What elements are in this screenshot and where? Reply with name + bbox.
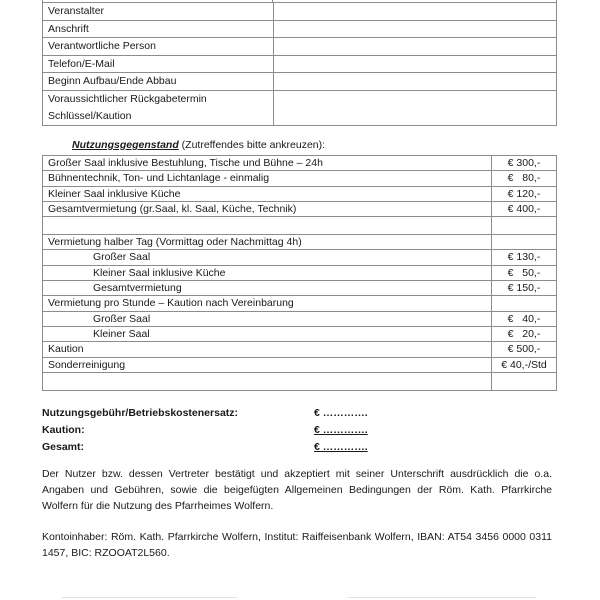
usage-item-label: Sonderreinigung (43, 357, 492, 372)
deposit-amount-field[interactable]: € …………. (314, 422, 368, 439)
usage-heading-bold: Nutzungsgegenstand (72, 139, 179, 151)
fee-row-total: Gesamt: € …………. (42, 439, 382, 456)
row-label-line1: Voraussichtlicher Rückgabetermin (48, 91, 268, 108)
pricing-table: Großer Saal inklusive Bestuhlung, Tische… (42, 155, 557, 391)
table-row[interactable]: Gesamtvermietung€ 150,- (43, 281, 557, 296)
table-row: Voraussichtlicher Rückgabetermin Schlüss… (43, 90, 557, 125)
row-label: Verantwortliche Person (43, 38, 274, 56)
table-row[interactable] (43, 217, 557, 235)
usage-item-price: € 130,- (492, 250, 557, 265)
table-row[interactable]: Vermietung halber Tag (Vormittag oder Na… (43, 235, 557, 250)
usage-item-label: Bühnentechnik, Ton- und Lichtanlage - ei… (43, 171, 492, 186)
usage-item-label: Kleiner Saal (43, 326, 492, 341)
usage-item-label (43, 372, 492, 390)
usage-item-price: € 120,- (492, 186, 557, 201)
bank-details-paragraph: Kontoinhaber: Röm. Kath. Pfarrkirche Wol… (42, 529, 552, 561)
table-row[interactable]: Gesamtvermietung (gr.Saal, kl. Saal, Küc… (43, 201, 557, 216)
table-row[interactable]: Kleiner Saal€ 20,- (43, 326, 557, 341)
setup-teardown-field[interactable] (274, 73, 557, 91)
phone-email-field[interactable] (274, 55, 557, 73)
table-row[interactable]: Kleiner Saal inklusive Küche€ 50,- (43, 265, 557, 280)
usage-item-price: € 40,- (492, 311, 557, 326)
table-row[interactable]: Großer Saal€ 130,- (43, 250, 557, 265)
fee-label: Nutzungsgebühr/Betriebskostenersatz: (42, 407, 238, 419)
usage-item-label: Großer Saal (43, 311, 492, 326)
usage-item-label: Vermietung pro Stunde – Kaution nach Ver… (43, 296, 492, 311)
usage-heading: Nutzungsgegenstand (Zutreffendes bitte a… (72, 139, 325, 151)
table-row[interactable]: Großer Saal€ 40,- (43, 311, 557, 326)
row-label: Telefon/E-Mail (43, 55, 274, 73)
usage-item-price: € 150,- (492, 281, 557, 296)
table-row: Anschrift (43, 20, 557, 38)
table-row[interactable] (43, 372, 557, 390)
usage-item-label (43, 217, 492, 235)
usage-item-label: Gesamtvermietung (gr.Saal, kl. Saal, Küc… (43, 201, 492, 216)
address-field[interactable] (274, 20, 557, 38)
usage-item-label: Großer Saal (43, 250, 492, 265)
fee-label: Gesamt: (42, 441, 84, 453)
fees-summary: Nutzungsgebühr/Betriebskostenersatz: € …… (42, 405, 382, 456)
return-date-field[interactable] (274, 90, 557, 125)
usage-item-label: Kleiner Saal inklusive Küche (43, 265, 492, 280)
table-row[interactable]: Großer Saal inklusive Bestuhlung, Tische… (43, 156, 557, 171)
usage-item-label: Vermietung halber Tag (Vormittag oder Na… (43, 235, 492, 250)
fee-label: Kaution: (42, 424, 85, 436)
usage-item-price (492, 296, 557, 311)
signature-line-left[interactable] (62, 597, 237, 598)
usage-item-price: € 500,- (492, 342, 557, 357)
row-label: Voraussichtlicher Rückgabetermin Schlüss… (43, 90, 274, 125)
fee-row-deposit: Kaution: € …………. (42, 422, 382, 439)
usage-item-price (492, 235, 557, 250)
table-row: Verantwortliche Person (43, 38, 557, 56)
usage-heading-note: (Zutreffendes bitte ankreuzen): (179, 139, 325, 151)
usage-item-price: € 50,- (492, 265, 557, 280)
row-label-line2: Schlüssel/Kaution (48, 108, 268, 125)
responsible-person-field[interactable] (274, 38, 557, 56)
table-row[interactable]: Kaution€ 500,- (43, 342, 557, 357)
usage-item-price: € 400,- (492, 201, 557, 216)
usage-item-price (492, 372, 557, 390)
table-row: Veranstalter (43, 3, 557, 21)
usage-item-label: Kaution (43, 342, 492, 357)
usage-item-label: Gesamtvermietung (43, 281, 492, 296)
table-row[interactable]: Sonderreinigung€ 40,-/Std (43, 357, 557, 372)
row-label: Anschrift (43, 20, 274, 38)
usage-item-price: € 40,-/Std (492, 357, 557, 372)
table-row[interactable]: Kleiner Saal inklusive Küche€ 120,- (43, 186, 557, 201)
usage-item-price: € 20,- (492, 326, 557, 341)
table-row[interactable]: Bühnentechnik, Ton- und Lichtanlage - ei… (43, 171, 557, 186)
table-row: Telefon/E-Mail (43, 55, 557, 73)
total-amount-field[interactable]: € …………. (314, 439, 368, 456)
row-label: Beginn Aufbau/Ende Abbau (43, 73, 274, 91)
signature-line-right[interactable] (348, 597, 536, 598)
usage-item-price (492, 217, 557, 235)
usage-item-label: Kleiner Saal inklusive Küche (43, 186, 492, 201)
usage-item-price: € 300,- (492, 156, 557, 171)
fee-amount-field[interactable]: € …………. (314, 405, 368, 422)
confirmation-paragraph: Der Nutzer bzw. dessen Vertreter bestäti… (42, 466, 552, 514)
fee-row-usage: Nutzungsgebühr/Betriebskostenersatz: € …… (42, 405, 382, 422)
table-row: Beginn Aufbau/Ende Abbau (43, 73, 557, 91)
row-label: Veranstalter (43, 3, 274, 21)
organizer-field[interactable] (274, 3, 557, 21)
usage-item-label: Großer Saal inklusive Bestuhlung, Tische… (43, 156, 492, 171)
organizer-info-table: Veranstalter Anschrift Verantwortliche P… (42, 2, 557, 126)
table-row[interactable]: Vermietung pro Stunde – Kaution nach Ver… (43, 296, 557, 311)
usage-item-price: € 80,- (492, 171, 557, 186)
